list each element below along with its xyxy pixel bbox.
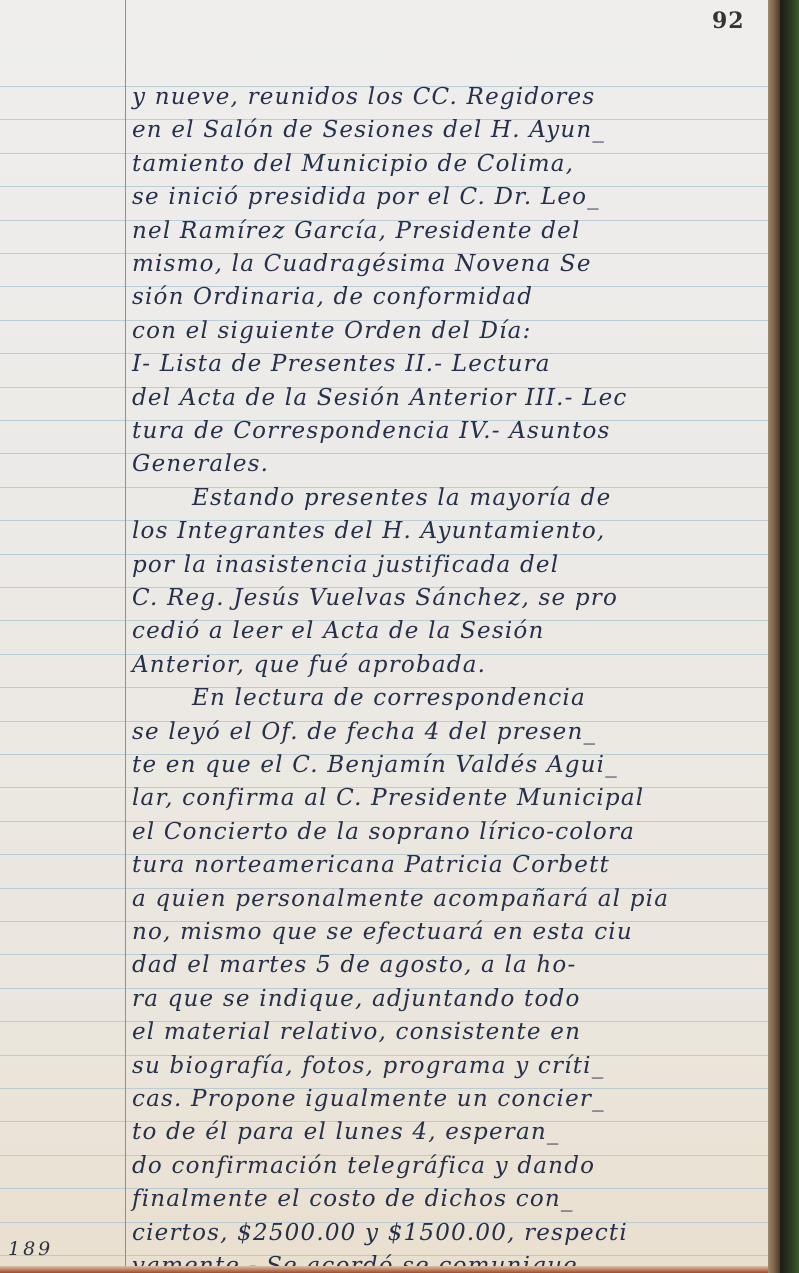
text-line: se inició presidida por el C. Dr. Leo_: [132, 184, 600, 210]
text-line: ra que se indique, adjuntando todo: [132, 986, 581, 1012]
text-line: Anterior, que fué aprobada.: [132, 652, 486, 678]
text-line: tura norteamericana Patricia Corbett: [132, 852, 610, 878]
page-number: 92: [712, 8, 745, 34]
text-line: tura de Correspondencia IV.- Asuntos: [132, 418, 611, 444]
text-line: del Acta de la Sesión Anterior III.- Lec: [132, 385, 627, 411]
text-line: do confirmación telegráfica y dando: [132, 1153, 595, 1179]
ledger-page: 92 189 y nueve, reunidos los CC. Regidor…: [0, 0, 768, 1273]
text-line: no, mismo que se efectuará en esta ciu: [132, 919, 633, 945]
text-line: tamiento del Municipio de Colima,: [132, 151, 574, 177]
text-line: dad el martes 5 de agosto, a la ho-: [132, 952, 576, 978]
book-binding: [780, 0, 799, 1273]
text-line: mismo, la Cuadragésima Novena Se: [132, 251, 592, 277]
text-line: C. Reg. Jesús Vuelvas Sánchez, se pro: [132, 585, 618, 611]
text-line: ciertos, $2500.00 y $1500.00, respecti: [132, 1220, 628, 1246]
text-line: su biografía, fotos, programa y críti_: [132, 1053, 604, 1079]
page-edge: [768, 0, 780, 1273]
text-line: nel Ramírez García, Presidente del: [132, 218, 581, 244]
page-bottom-edge: [0, 1266, 768, 1273]
text-line: sión Ordinaria, de conformidad: [132, 284, 533, 310]
text-line: en el Salón de Sesiones del H. Ayun_: [132, 117, 605, 143]
margin-line: [125, 0, 126, 1273]
text-line: y nueve, reunidos los CC. Regidores: [132, 84, 595, 110]
text-line: los Integrantes del H. Ayuntamiento,: [132, 518, 605, 544]
folio-number: 189: [8, 1238, 53, 1260]
text-line: por la inasistencia justificada del: [132, 552, 559, 578]
text-line: te en que el C. Benjamín Valdés Agui_: [132, 752, 618, 778]
text-line: lar, confirma al C. Presidente Municipal: [132, 785, 644, 811]
text-line: el Concierto de la soprano lírico-colora: [132, 819, 635, 845]
text-line: a quien personalmente acompañará al pia: [132, 886, 669, 912]
text-line: Estando presentes la mayoría de: [192, 485, 611, 511]
text-line: En lectura de correspondencia: [192, 685, 586, 711]
text-line: Generales.: [132, 451, 269, 477]
text-line: finalmente el costo de dichos con_: [132, 1186, 574, 1212]
rule-line: [0, 453, 768, 454]
text-line: I- Lista de Presentes II.- Lectura: [132, 351, 551, 377]
text-line: cas. Propone igualmente un concier_: [132, 1086, 605, 1112]
text-line: se leyó el Of. de fecha 4 del presen_: [132, 719, 596, 745]
text-line: con el siguiente Orden del Día:: [132, 318, 532, 344]
text-line: el material relativo, consistente en: [132, 1019, 581, 1045]
text-line: to de él para el lunes 4, esperan_: [132, 1119, 560, 1145]
text-line: cedió a leer el Acta de la Sesión: [132, 618, 545, 644]
